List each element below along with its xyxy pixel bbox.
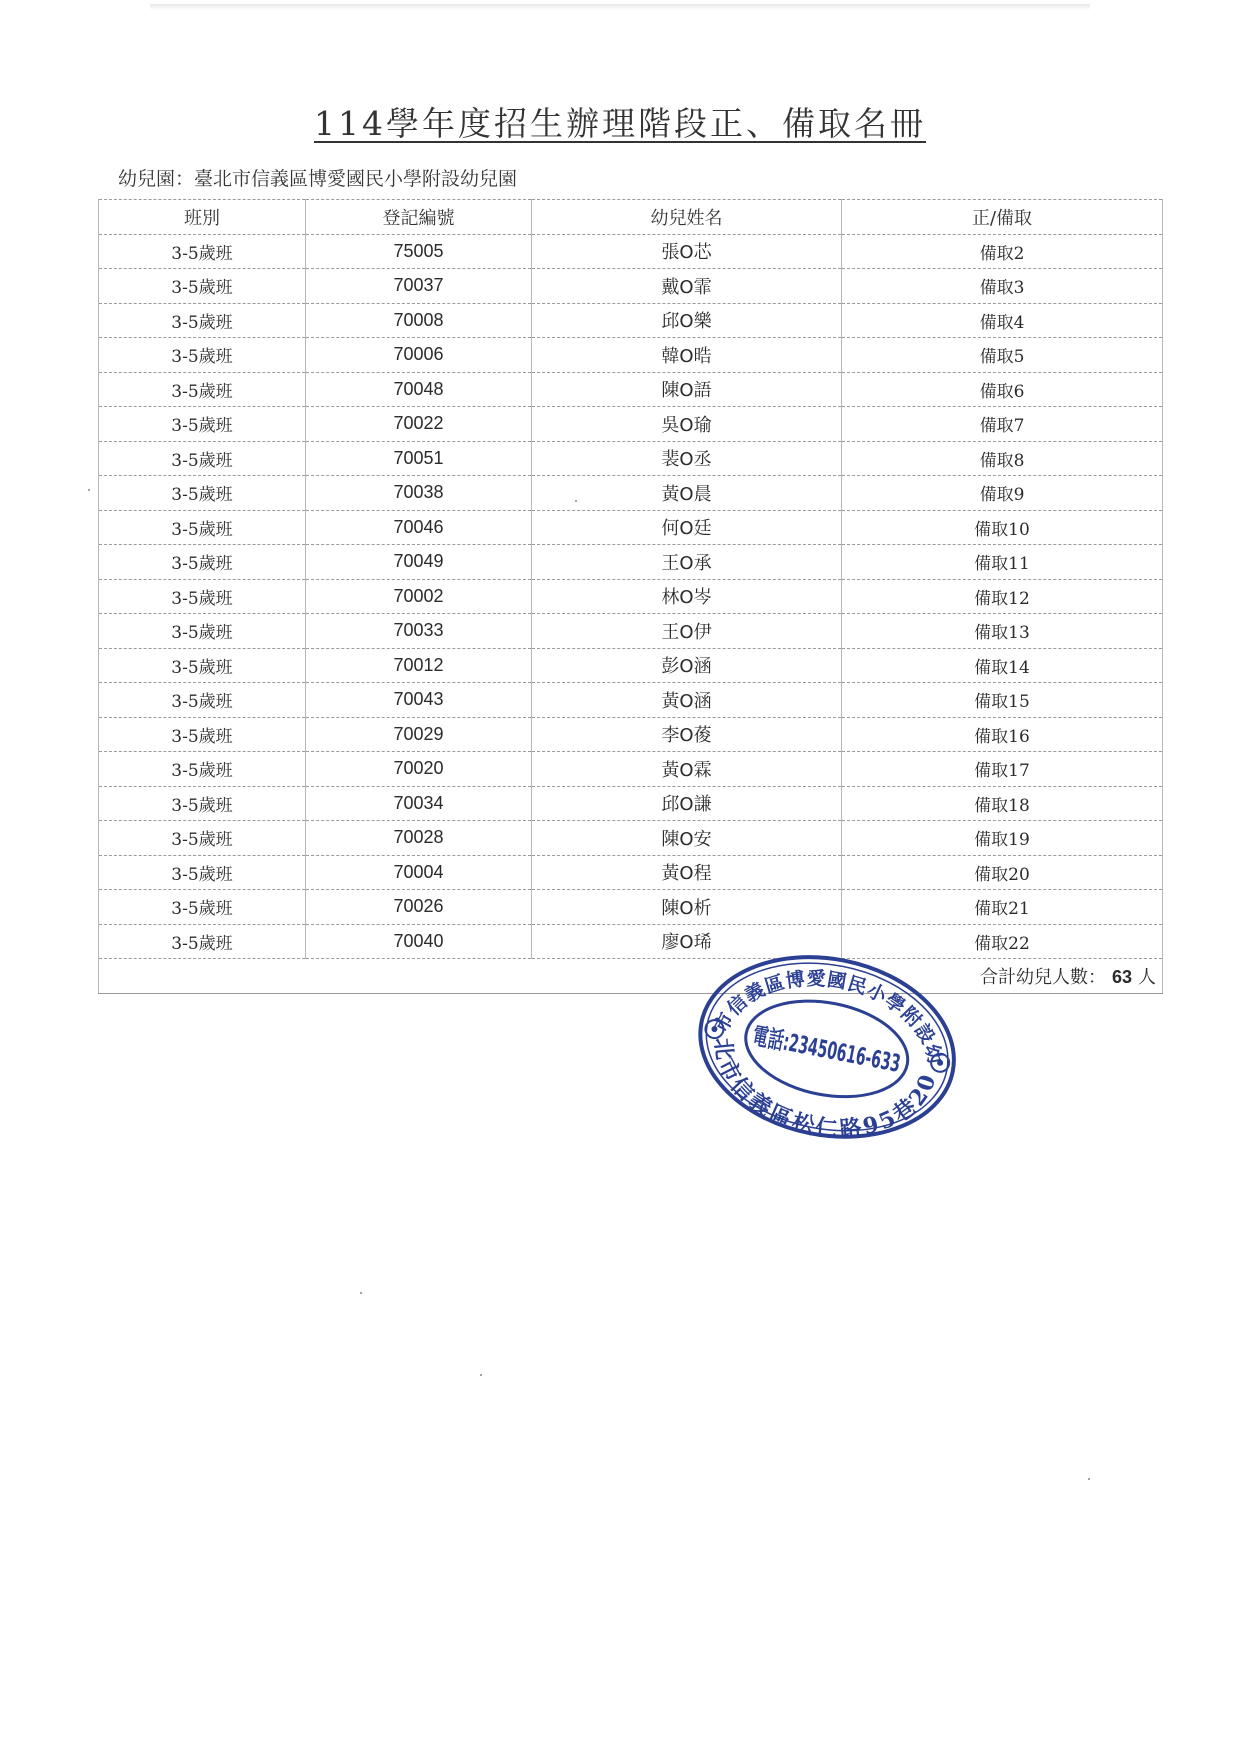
class-cell: 3-5歲班	[99, 821, 306, 856]
reg-no-cell: 70048	[306, 372, 532, 407]
child-name-cell: 陳O析	[532, 890, 842, 925]
status-cell: 備取5	[842, 338, 1163, 373]
table-row: 3-5歲班70028陳O安備取19	[99, 821, 1163, 856]
status-cell: 備取14	[842, 648, 1163, 683]
reg-no-cell: 70020	[306, 752, 532, 787]
reg-no-cell: 70033	[306, 614, 532, 649]
reg-no-cell: 70004	[306, 855, 532, 890]
class-cell: 3-5歲班	[99, 890, 306, 925]
class-cell: 3-5歲班	[99, 476, 306, 511]
child-name-cell: 戴O霏	[532, 269, 842, 304]
class-cell: 3-5歲班	[99, 648, 306, 683]
status-cell: 備取9	[842, 476, 1163, 511]
child-name-cell: 陳O語	[532, 372, 842, 407]
total-unit: 人	[1138, 967, 1156, 988]
child-name-cell: 裴O丞	[532, 441, 842, 476]
table-row: 3-5歲班70038黃O晨備取9	[99, 476, 1163, 511]
table-row: 3-5歲班75005張O芯備取2	[99, 234, 1163, 269]
child-name-cell: 王O伊	[532, 614, 842, 649]
header-status: 正/備取	[842, 200, 1163, 235]
class-cell: 3-5歲班	[99, 269, 306, 304]
table-row: 3-5歲班70037戴O霏備取3	[99, 269, 1163, 304]
table-row: 3-5歲班70022吳O瑜備取7	[99, 407, 1163, 442]
reg-no-cell: 70028	[306, 821, 532, 856]
scan-speck	[480, 1374, 482, 1376]
roster-body: 3-5歲班75005張O芯備取23-5歲班70037戴O霏備取33-5歲班700…	[99, 234, 1163, 959]
table-row: 3-5歲班70040廖O琋備取22	[99, 924, 1163, 959]
total-row: 合計幼兒人數：63人	[99, 959, 1163, 994]
child-name-cell: 林O岑	[532, 579, 842, 614]
status-cell: 備取8	[842, 441, 1163, 476]
class-cell: 3-5歲班	[99, 717, 306, 752]
reg-no-cell: 70002	[306, 579, 532, 614]
class-cell: 3-5歲班	[99, 303, 306, 338]
class-cell: 3-5歲班	[99, 752, 306, 787]
scan-speck	[1088, 1478, 1090, 1480]
child-name-cell: 彭O涵	[532, 648, 842, 683]
table-row: 3-5歲班70006韓O晧備取5	[99, 338, 1163, 373]
document-title-text: 114學年度招生辦理階段正、備取名冊	[314, 104, 926, 143]
status-cell: 備取21	[842, 890, 1163, 925]
child-name-cell: 陳O安	[532, 821, 842, 856]
table-row: 3-5歲班70046何O廷備取10	[99, 510, 1163, 545]
total-count: 63	[1112, 967, 1132, 987]
table-row: 3-5歲班70008邱O樂備取4	[99, 303, 1163, 338]
child-name-cell: 吳O瑜	[532, 407, 842, 442]
child-name-cell: 黃O涵	[532, 683, 842, 718]
total-cell: 合計幼兒人數：63人	[99, 959, 1163, 994]
child-name-cell: 邱O樂	[532, 303, 842, 338]
scan-speck	[575, 500, 577, 502]
class-cell: 3-5歲班	[99, 786, 306, 821]
roster-table: 班別 登記編號 幼兒姓名 正/備取 3-5歲班75005張O芯備取23-5歲班7…	[98, 199, 1163, 994]
header-class: 班別	[99, 200, 306, 235]
reg-no-cell: 70046	[306, 510, 532, 545]
school-info: 幼兒園：臺北市信義區博愛國民小學附設幼兒園	[118, 164, 517, 191]
class-cell: 3-5歲班	[99, 441, 306, 476]
reg-no-cell: 70034	[306, 786, 532, 821]
reg-no-cell: 75005	[306, 234, 532, 269]
class-cell: 3-5歲班	[99, 614, 306, 649]
child-name-cell: 黃O晨	[532, 476, 842, 511]
table-row: 3-5歲班70012彭O涵備取14	[99, 648, 1163, 683]
header-reg-no: 登記編號	[306, 200, 532, 235]
child-name-cell: 黃O霖	[532, 752, 842, 787]
child-name-cell: 何O廷	[532, 510, 842, 545]
child-name-cell: 李O葰	[532, 717, 842, 752]
child-name-cell: 邱O謙	[532, 786, 842, 821]
class-cell: 3-5歲班	[99, 372, 306, 407]
school-label: 幼兒園：	[118, 168, 194, 190]
table-row: 3-5歲班70034邱O謙備取18	[99, 786, 1163, 821]
table-row: 3-5歲班70002林O岑備取12	[99, 579, 1163, 614]
status-cell: 備取7	[842, 407, 1163, 442]
status-cell: 備取13	[842, 614, 1163, 649]
scan-speck	[360, 1292, 362, 1294]
table-row: 3-5歲班70048陳O語備取6	[99, 372, 1163, 407]
table-row: 3-5歲班70029李O葰備取16	[99, 717, 1163, 752]
child-name-cell: 王O承	[532, 545, 842, 580]
status-cell: 備取19	[842, 821, 1163, 856]
table-row: 3-5歲班70004黃O程備取20	[99, 855, 1163, 890]
status-cell: 備取4	[842, 303, 1163, 338]
table-row: 3-5歲班70043黃O涵備取15	[99, 683, 1163, 718]
table-row: 3-5歲班70051裴O丞備取8	[99, 441, 1163, 476]
status-cell: 備取6	[842, 372, 1163, 407]
table-row: 3-5歲班70026陳O析備取21	[99, 890, 1163, 925]
table-row: 3-5歲班70049王O承備取11	[99, 545, 1163, 580]
reg-no-cell: 70038	[306, 476, 532, 511]
status-cell: 備取12	[842, 579, 1163, 614]
reg-no-cell: 70051	[306, 441, 532, 476]
status-cell: 備取2	[842, 234, 1163, 269]
reg-no-cell: 70049	[306, 545, 532, 580]
class-cell: 3-5歲班	[99, 855, 306, 890]
reg-no-cell: 70037	[306, 269, 532, 304]
header-name: 幼兒姓名	[532, 200, 842, 235]
class-cell: 3-5歲班	[99, 234, 306, 269]
status-cell: 備取20	[842, 855, 1163, 890]
status-cell: 備取15	[842, 683, 1163, 718]
reg-no-cell: 70040	[306, 924, 532, 959]
class-cell: 3-5歲班	[99, 545, 306, 580]
status-cell: 備取17	[842, 752, 1163, 787]
reg-no-cell: 70043	[306, 683, 532, 718]
class-cell: 3-5歲班	[99, 579, 306, 614]
class-cell: 3-5歲班	[99, 924, 306, 959]
child-name-cell: 黃O程	[532, 855, 842, 890]
status-cell: 備取16	[842, 717, 1163, 752]
reg-no-cell: 70012	[306, 648, 532, 683]
child-name-cell: 韓O晧	[532, 338, 842, 373]
table-row: 3-5歲班70020黃O霖備取17	[99, 752, 1163, 787]
school-name: 臺北市信義區博愛國民小學附設幼兒園	[194, 168, 517, 190]
table-header-row: 班別 登記編號 幼兒姓名 正/備取	[99, 200, 1163, 235]
class-cell: 3-5歲班	[99, 510, 306, 545]
reg-no-cell: 70006	[306, 338, 532, 373]
scan-speck	[88, 489, 90, 491]
status-cell: 備取3	[842, 269, 1163, 304]
reg-no-cell: 70008	[306, 303, 532, 338]
class-cell: 3-5歲班	[99, 407, 306, 442]
reg-no-cell: 70026	[306, 890, 532, 925]
child-name-cell: 張O芯	[532, 234, 842, 269]
table-row: 3-5歲班70033王O伊備取13	[99, 614, 1163, 649]
class-cell: 3-5歲班	[99, 683, 306, 718]
class-cell: 3-5歲班	[99, 338, 306, 373]
reg-no-cell: 70029	[306, 717, 532, 752]
status-cell: 備取10	[842, 510, 1163, 545]
status-cell: 備取22	[842, 924, 1163, 959]
document-title: 114學年度招生辦理階段正、備取名冊	[0, 98, 1240, 145]
reg-no-cell: 70022	[306, 407, 532, 442]
seal-phone-text: 電話:23450616-633	[750, 1022, 903, 1078]
scan-edge-shadow	[150, 4, 1090, 10]
status-cell: 備取11	[842, 545, 1163, 580]
status-cell: 備取18	[842, 786, 1163, 821]
total-label: 合計幼兒人數：	[980, 967, 1106, 988]
